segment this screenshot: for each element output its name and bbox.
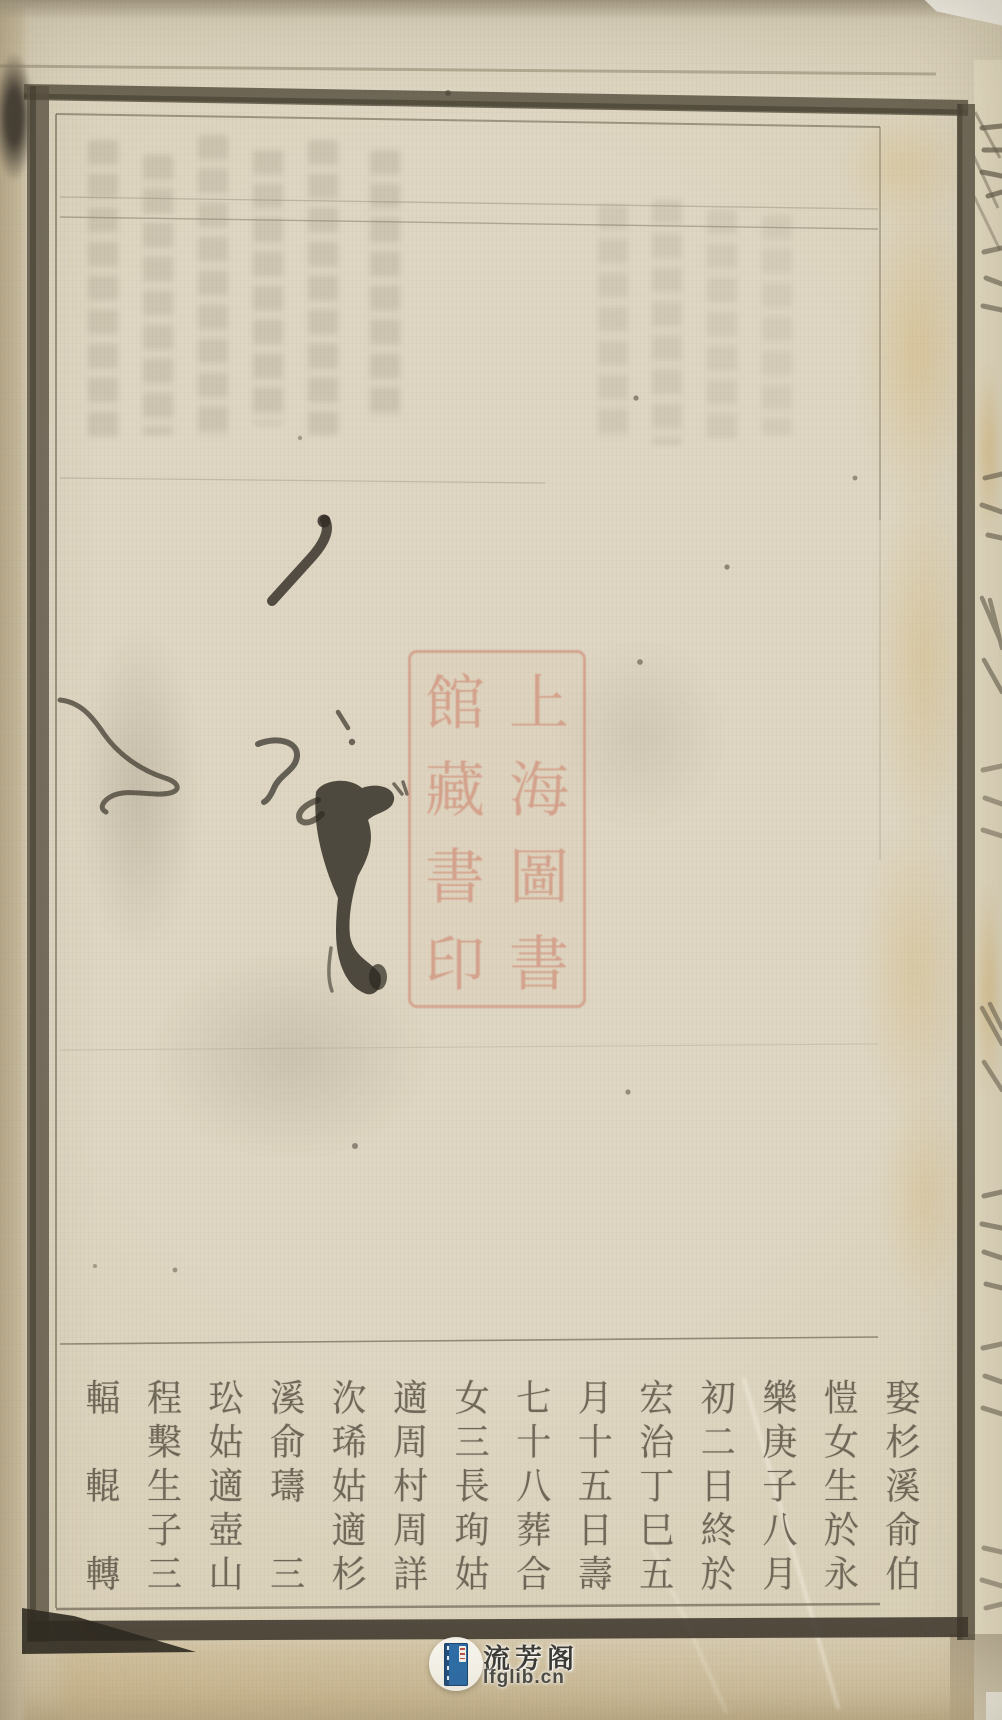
glyph: 十 xyxy=(576,1417,614,1463)
glyph: 十 xyxy=(515,1417,553,1463)
glyph: 㳄 xyxy=(330,1373,368,1419)
glyph: 終 xyxy=(699,1505,737,1551)
scanned-genealogy-page: 上海圖書館藏書印 娶杉溪俞伯愷女生於永樂庚子八月初二日終於宏治丁巳五月十五日壽七… xyxy=(0,0,1002,1720)
glyph: 俞 xyxy=(269,1417,307,1463)
glyph: 適 xyxy=(207,1461,245,1507)
glyph: 輥 xyxy=(84,1461,122,1507)
library-seal-stamp: 上海圖書館藏書印 xyxy=(408,650,586,1008)
text-column: 娶杉溪俞伯 xyxy=(884,1374,922,1606)
glyph: 葬 xyxy=(515,1505,553,1551)
glyph: 於 xyxy=(822,1505,860,1551)
text-column: 㳄琋姑適杉 xyxy=(330,1374,368,1606)
seal-character: 上 xyxy=(497,655,581,742)
glyph: 山 xyxy=(207,1549,245,1595)
glyph: 娶 xyxy=(884,1373,922,1419)
glyph: 二 xyxy=(699,1417,737,1463)
glyph: 子 xyxy=(761,1461,799,1507)
glyph: 姑 xyxy=(453,1549,491,1595)
glyph: 輻 xyxy=(84,1373,122,1419)
glyph: 珣 xyxy=(453,1505,491,1551)
text-column: 適周村周詳 xyxy=(392,1374,430,1606)
text-column: 溪俞璹三 xyxy=(269,1374,307,1606)
glyph: 樂 xyxy=(761,1373,799,1419)
glyph: 治 xyxy=(638,1417,676,1463)
glyph: 周 xyxy=(392,1505,430,1551)
glyph: 三 xyxy=(453,1417,491,1463)
glyph: 檕 xyxy=(146,1417,184,1463)
glyph: 溪 xyxy=(269,1373,307,1419)
seal-character: 藏 xyxy=(413,742,497,829)
text-column: 女三長珣姑 xyxy=(453,1374,491,1606)
glyph: 合 xyxy=(515,1549,553,1595)
text-column: 程檕生子三 xyxy=(146,1374,184,1606)
glyph: 於 xyxy=(699,1549,737,1595)
glyph: 五 xyxy=(576,1461,614,1507)
glyph: 璹 xyxy=(269,1461,307,1507)
glyph: 八 xyxy=(761,1505,799,1551)
text-column: 月十五日壽 xyxy=(576,1374,614,1606)
seal-character: 印 xyxy=(413,916,497,1003)
glyph: 琋 xyxy=(330,1417,368,1463)
book-label-icon xyxy=(459,1646,466,1662)
glyph: 杉 xyxy=(884,1417,922,1463)
glyph: 適 xyxy=(392,1373,430,1419)
seal-character: 書 xyxy=(497,916,581,1003)
glyph: 溪 xyxy=(884,1461,922,1507)
glyph: 巳 xyxy=(638,1505,676,1551)
book-stitch-icon xyxy=(447,1646,449,1683)
glyph: 生 xyxy=(822,1461,860,1507)
glyph: 八 xyxy=(515,1461,553,1507)
glyph: 詳 xyxy=(392,1549,430,1595)
glyph: 壽 xyxy=(576,1549,614,1595)
glyph: 五 xyxy=(638,1549,676,1595)
text-column: 樂庚子八月 xyxy=(761,1374,799,1606)
glyph: 姑 xyxy=(207,1417,245,1463)
glyph: 日 xyxy=(699,1461,737,1507)
glyph: 三 xyxy=(146,1549,184,1595)
text-column: 宏治丁巳五 xyxy=(638,1374,676,1606)
glyph: 俞 xyxy=(884,1505,922,1551)
glyph: 長 xyxy=(453,1461,491,1507)
seal-column: 上海圖書 xyxy=(497,655,581,1003)
watermark-site-url: lfglib.cn xyxy=(483,1667,565,1689)
text-block: 娶杉溪俞伯愷女生於永樂庚子八月初二日終於宏治丁巳五月十五日壽七十八葬合女三長珣姑… xyxy=(84,1374,922,1606)
text-column: 初二日終於 xyxy=(699,1374,737,1606)
seal-column: 館藏書印 xyxy=(413,655,497,1003)
glyph: 玜 xyxy=(207,1373,245,1419)
glyph: 宏 xyxy=(638,1373,676,1419)
glyph: 永 xyxy=(822,1549,860,1595)
glyph: 姑 xyxy=(330,1461,368,1507)
glyph: 女 xyxy=(453,1373,491,1419)
seal-character: 海 xyxy=(497,742,581,829)
glyph: 七 xyxy=(515,1373,553,1419)
glyph: 月 xyxy=(576,1373,614,1419)
glyph: 生 xyxy=(146,1461,184,1507)
glyph: 轉 xyxy=(84,1549,122,1595)
seal-character: 館 xyxy=(413,655,497,742)
text-column: 七十八葬合 xyxy=(515,1374,553,1606)
ink-smudges xyxy=(60,515,407,995)
glyph: 壺 xyxy=(207,1505,245,1551)
glyph: 日 xyxy=(576,1505,614,1551)
seal-character: 書 xyxy=(413,829,497,916)
glyph: 初 xyxy=(699,1373,737,1419)
glyph: 丁 xyxy=(638,1461,676,1507)
glyph: 周 xyxy=(392,1417,430,1463)
text-column: 愷女生於永 xyxy=(822,1374,860,1606)
glyph: 愷 xyxy=(822,1373,860,1419)
seal-character: 圖 xyxy=(497,829,581,916)
glyph: 適 xyxy=(330,1505,368,1551)
edge-character-fragments xyxy=(982,126,1002,1608)
glyph: 女 xyxy=(822,1417,860,1463)
glyph: 三 xyxy=(269,1549,307,1595)
glyph: 庚 xyxy=(761,1417,799,1463)
text-column: 玜姑適壺山 xyxy=(207,1374,245,1606)
glyph: 杉 xyxy=(330,1549,368,1595)
glyph: 村 xyxy=(392,1461,430,1507)
glyph: 程 xyxy=(146,1373,184,1419)
glyph: 伯 xyxy=(884,1549,922,1595)
glyph: 月 xyxy=(761,1549,799,1595)
text-column: 輻輥轉 xyxy=(84,1374,122,1606)
glyph: 子 xyxy=(146,1505,184,1551)
